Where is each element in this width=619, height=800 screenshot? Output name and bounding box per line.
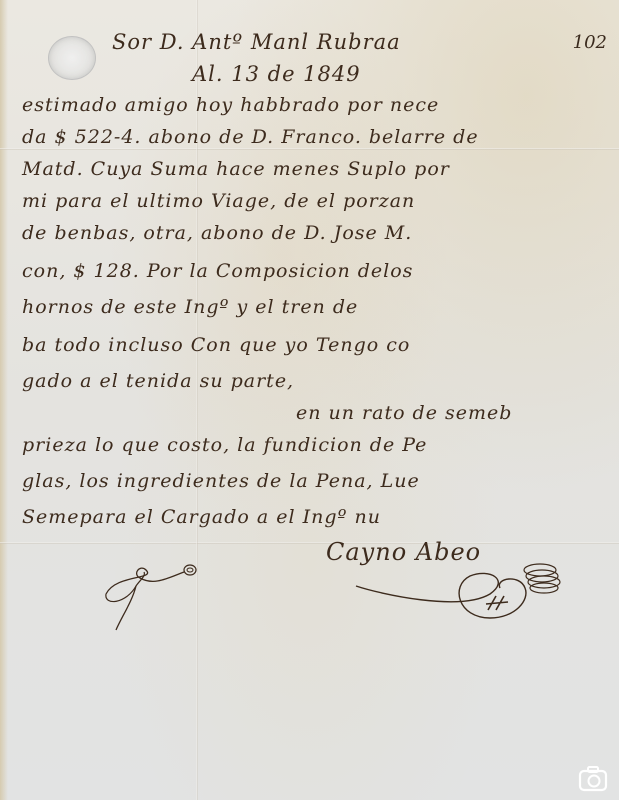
page-number: 102 [573, 32, 607, 53]
fold-line [0, 542, 619, 544]
body-line: Matd. Cuya Suma hace menes Suplo por [22, 158, 450, 180]
indented-line: en un rato de semeb [296, 402, 512, 424]
body-line: glas, los ingredientes de la Pena, Lue [22, 470, 420, 492]
body-line: da $ 522-4. abono de D. Franco. belarre … [22, 126, 479, 148]
fold-line [0, 148, 619, 150]
body-line: prieza lo que costo, la fundicion de Pe [22, 434, 427, 456]
body-line: de benbas, otra, abono de D. Jose M. [22, 222, 412, 244]
closing-mark-icon [96, 552, 216, 632]
body-line: mi para el ultimo Viage, de el porzan [22, 190, 415, 212]
body-line: ba todo incluso Con que yo Tengo co [22, 334, 410, 356]
signature-flourish-icon [340, 548, 570, 628]
fold-line [196, 0, 198, 800]
body-line: estimado amigo hoy habbrado por nece [22, 94, 439, 116]
addressee-line: Sor D. Antº Manl Rubraa [112, 30, 401, 54]
date-line: Al. 13 de 1849 [192, 62, 361, 86]
body-line: con, $ 128. Por la Composicion delos [22, 260, 413, 282]
embossed-seal [48, 36, 96, 80]
paper-edge [0, 0, 8, 800]
letter-page: 102 Sor D. Antº Manl Rubraa Al. 13 de 18… [0, 0, 619, 800]
camera-icon [577, 764, 611, 794]
body-line: hornos de este Ingº y el tren de [22, 296, 358, 318]
body-line: Semepara el Cargado a el Ingº nu [22, 506, 381, 528]
body-line: gado a el tenida su parte, [22, 370, 294, 392]
